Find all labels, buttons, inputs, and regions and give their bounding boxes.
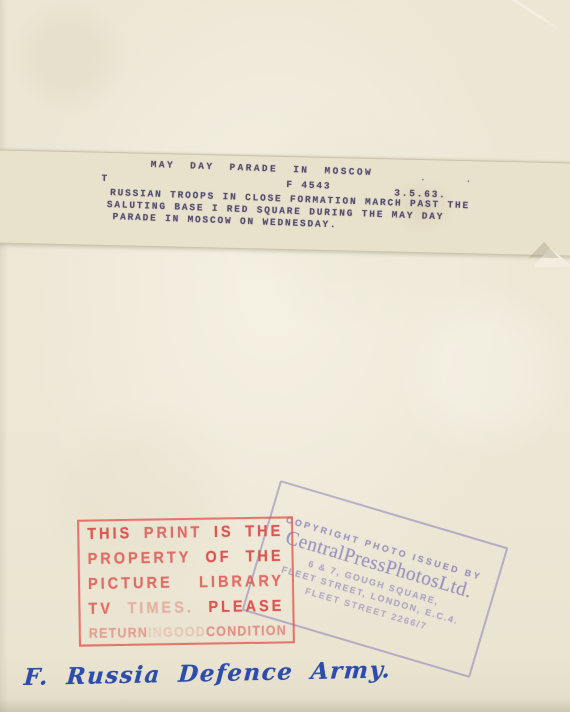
stamp-word: CONDITION [206, 623, 287, 640]
caption-reference-number: F 4543 [286, 179, 331, 192]
stamp-word: PRINT [144, 524, 203, 543]
stamp-word: IN [148, 625, 163, 641]
stamp-word: THIS [87, 525, 132, 543]
caption-strip: MAY DAY PARADE IN MOSCOW T F 4543 . . 3.… [0, 149, 570, 256]
stamp-word: THE [245, 523, 283, 541]
property-stamp-row: RETURN IN GOOD CONDITION [89, 623, 285, 641]
property-stamp-row: THIS PRINT IS THE [87, 523, 283, 544]
caption-title: MAY DAY PARADE IN MOSCOW [151, 159, 374, 178]
stamp-word: PROPERTY [88, 549, 192, 568]
property-stamp-row: TV TIMES. PLEASE [88, 598, 284, 619]
property-stamp-row: PICTURE LIBRARY [88, 573, 284, 594]
stamp-word: RETURN [89, 625, 149, 641]
paper-edge-shade-left [0, 0, 8, 712]
stamp-word: TIMES. [127, 599, 194, 618]
stamp-word: PLEASE [208, 598, 284, 617]
caption-prefix: T [101, 173, 109, 184]
handwritten-annotation: F. Russia Defence Army. [23, 656, 392, 691]
stamp-word: GOOD [163, 624, 206, 640]
stamp-word: PICTURE [88, 574, 173, 593]
photo-back-scan: MAY DAY PARADE IN MOSCOW T F 4543 . . 3.… [0, 0, 570, 712]
stamp-word: LIBRARY [199, 573, 284, 592]
paper-crease [469, 0, 570, 54]
strip-corner-fold-shadow [529, 242, 559, 259]
stamp-word: TV [88, 600, 113, 618]
stamp-word: OF [205, 548, 231, 566]
property-stamp-row: PROPERTY OF THE [88, 548, 284, 569]
stamp-word: IS [214, 523, 234, 541]
paper-edge-shade-bottom [0, 698, 570, 712]
property-stamp: THIS PRINT IS THE PROPERTY OF THE PICTUR… [77, 516, 295, 646]
stamp-word: THE [245, 548, 283, 566]
